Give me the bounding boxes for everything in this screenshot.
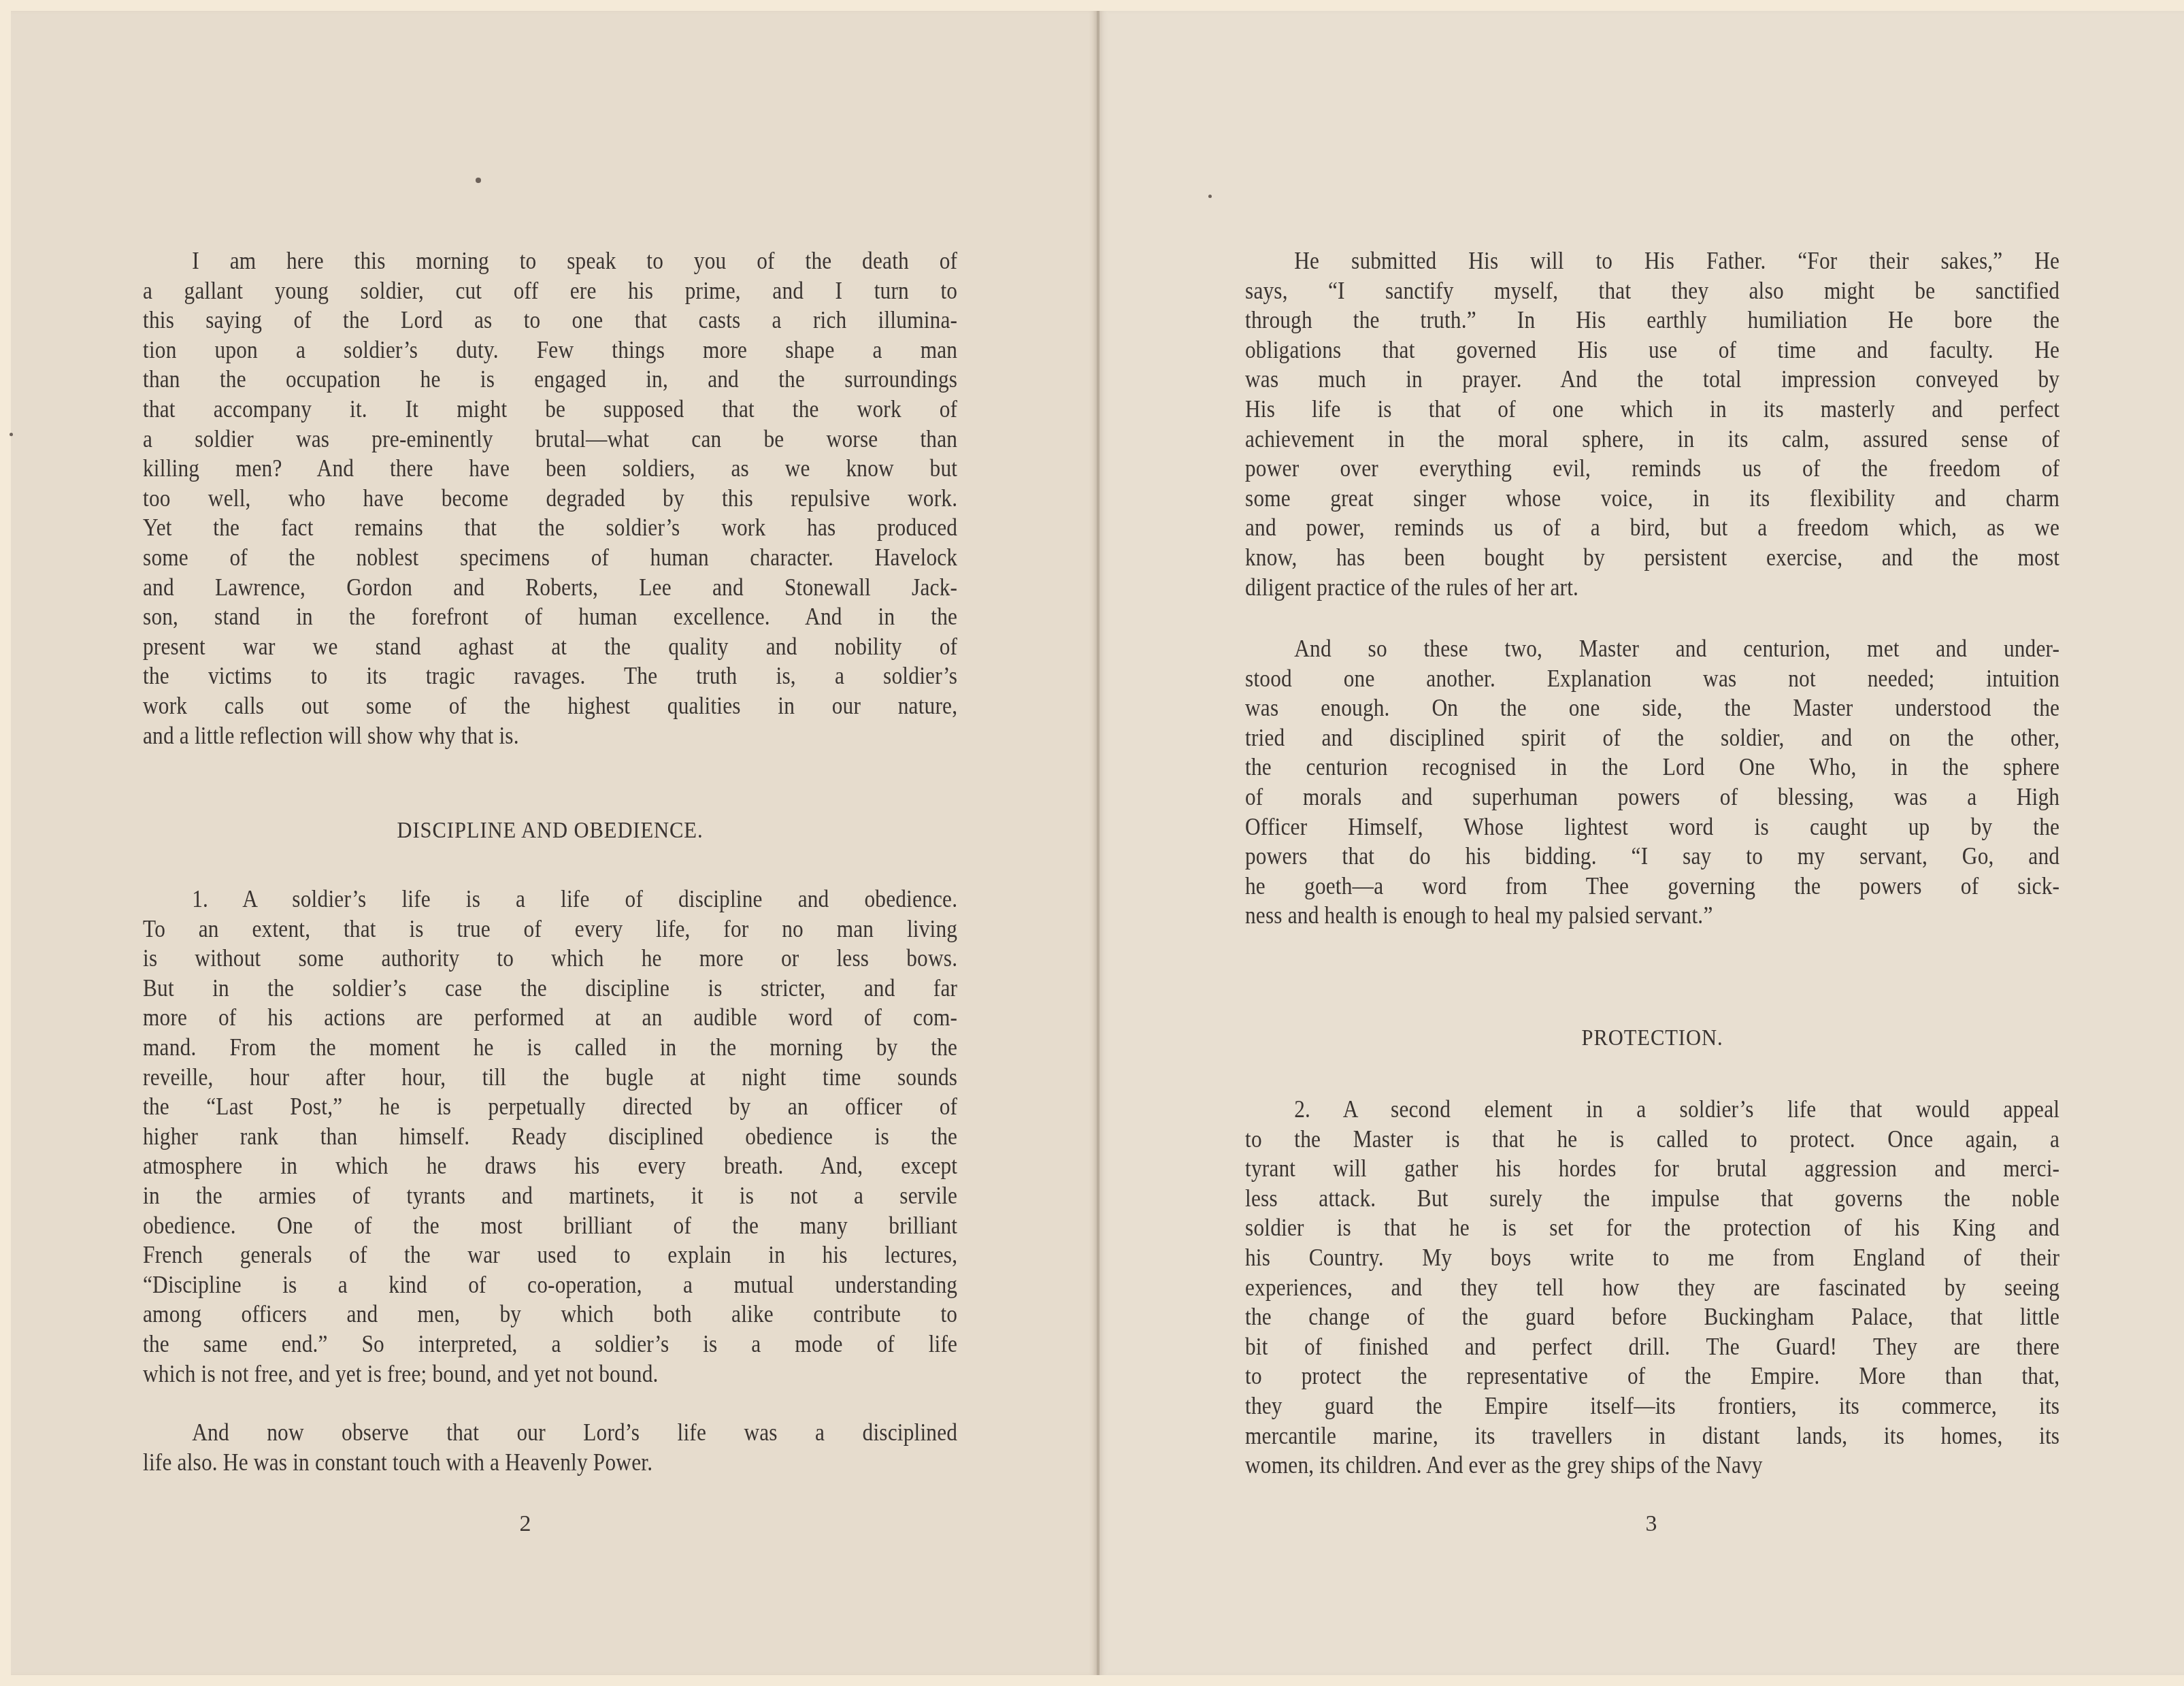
text-line: diligent practice of the rules of her ar… — [1245, 572, 2059, 602]
text-line: they guard the Empire itself—its frontie… — [1245, 1391, 2059, 1421]
text-line: son, stand in the forefront of human exc… — [143, 601, 957, 631]
section-heading-discipline: DISCIPLINE AND OBEDIENCE. — [184, 817, 916, 844]
text-line: And so these two, Master and centurion, … — [1245, 633, 2059, 663]
text-line: soldier is that he is set for the protec… — [1245, 1212, 2059, 1242]
text-line: the centurion recognised in the Lord One… — [1245, 752, 2059, 782]
text-line: of morals and superhuman powers of bless… — [1245, 782, 2059, 812]
right-page: He submitted His will to His Father. “Fo… — [1099, 11, 2184, 1675]
text-line: to protect the representative of the Emp… — [1245, 1361, 2059, 1391]
paper-speck — [10, 433, 13, 436]
text-line: the “Last Post,” he is perpetually direc… — [143, 1091, 957, 1121]
text-line: among officers and men, by which both al… — [143, 1299, 957, 1329]
right-protection-paragraph: 2. A second element in a soldier’s life … — [1245, 1094, 2059, 1480]
text-line: and Lawrence, Gordon and Roberts, Lee an… — [143, 572, 957, 602]
text-line: achievement in the moral sphere, in its … — [1245, 424, 2059, 454]
text-line: Yet the fact remains that the soldier’s … — [143, 512, 957, 542]
text-line: says, “I sanctify myself, that they also… — [1245, 276, 2059, 305]
text-line: that accompany it. It might be supposed … — [143, 394, 957, 424]
text-line: reveille, hour after hour, till the bugl… — [143, 1062, 957, 1092]
page-number-right: 3 — [1631, 1510, 1672, 1538]
text-line: present war we stand aghast at the quali… — [143, 631, 957, 661]
text-line: is without some authority to which he mo… — [143, 943, 957, 973]
text-line: tyrant will gather his hordes for brutal… — [1245, 1153, 2059, 1183]
text-line: stood one another. Explanation was not n… — [1245, 663, 2059, 693]
text-line: obedience. One of the most brilliant of … — [143, 1210, 957, 1240]
text-line: less attack. But surely the impulse that… — [1245, 1183, 2059, 1213]
text-line: atmosphere in which he draws his every b… — [143, 1151, 957, 1180]
text-line: his Country. My boys write to me from En… — [1245, 1242, 2059, 1272]
text-line: some of the noblest specimens of human c… — [143, 542, 957, 572]
text-line: life also. He was in constant touch with… — [143, 1447, 957, 1477]
text-line: I am here this morning to speak to you o… — [143, 246, 957, 276]
text-line: too well, who have become degraded by th… — [143, 483, 957, 513]
text-line: in the armies of tyrants and martinets, … — [143, 1180, 957, 1210]
text-line: mand. From the moment he is called in th… — [143, 1032, 957, 1062]
text-line: 2. A second element in a soldier’s life … — [1245, 1094, 2059, 1124]
paper-speck — [1208, 195, 1212, 198]
right-submission-paragraph: He submitted His will to His Father. “Fo… — [1245, 246, 2059, 601]
text-line: bit of finished and perfect drill. The G… — [1245, 1332, 2059, 1361]
text-line: he goeth—a word from Thee governing the … — [1245, 871, 2059, 901]
text-line: and power, reminds us of a bird, but a f… — [1245, 512, 2059, 542]
text-line: a soldier was pre-eminently brutal—what … — [143, 424, 957, 454]
text-line: to the Master is that he is called to pr… — [1245, 1124, 2059, 1154]
text-line: powers that do his bidding. “I say to my… — [1245, 841, 2059, 871]
text-line: experiences, and they tell how they are … — [1245, 1272, 2059, 1302]
text-line: know, has been bought by persistent exer… — [1245, 542, 2059, 572]
text-line: obligations that governed His use of tim… — [1245, 335, 2059, 365]
left-discipline-paragraph: 1. A soldier’s life is a life of discipl… — [143, 884, 957, 1388]
text-line: through the truth.” In His earthly humil… — [1245, 305, 2059, 335]
text-line: higher rank than himself. Ready discipli… — [143, 1121, 957, 1151]
text-line: work calls out some of the highest quali… — [143, 691, 957, 721]
text-line: He submitted His will to His Father. “Fo… — [1245, 246, 2059, 276]
text-line: was much in prayer. And the total impres… — [1245, 364, 2059, 394]
text-line: and a little reflection will show why th… — [143, 721, 957, 750]
text-line: But in the soldier’s case the discipline… — [143, 973, 957, 1003]
text-line: some great singer whose voice, in its fl… — [1245, 483, 2059, 513]
page-number-left: 2 — [505, 1510, 546, 1538]
text-line: To an extent, that is true of every life… — [143, 914, 957, 944]
text-line: killing men? And there have been soldier… — [143, 453, 957, 483]
text-line: tried and disciplined spirit of the sold… — [1245, 723, 2059, 753]
left-intro-paragraph: I am here this morning to speak to you o… — [143, 246, 957, 750]
left-lords-life-paragraph: And now observe that our Lord’s life was… — [143, 1417, 957, 1476]
text-line: a gallant young soldier, cut off ere his… — [143, 276, 957, 305]
text-line: French generals of the war used to expla… — [143, 1240, 957, 1270]
text-line: more of his actions are performed at an … — [143, 1002, 957, 1032]
text-line: the same end.” So interpreted, a soldier… — [143, 1329, 957, 1359]
text-line: the change of the guard before Buckingha… — [1245, 1302, 2059, 1332]
text-line: was enough. On the one side, the Master … — [1245, 693, 2059, 723]
text-line: this saying of the Lord as to one that c… — [143, 305, 957, 335]
text-line: “Discipline is a kind of co-operation, a… — [143, 1270, 957, 1300]
text-line: than the occupation he is engaged in, an… — [143, 364, 957, 394]
text-line: power over everything evil, reminds us o… — [1245, 453, 2059, 483]
text-line: which is not free, and yet is free; boun… — [143, 1359, 957, 1389]
left-page: I am here this morning to speak to you o… — [11, 11, 1097, 1675]
text-line: And now observe that our Lord’s life was… — [143, 1417, 957, 1447]
text-line: the victims to its tragic ravages. The t… — [143, 661, 957, 691]
book-spread: I am here this morning to speak to you o… — [11, 11, 2184, 1675]
text-line: women, its children. And ever as the gre… — [1245, 1450, 2059, 1480]
right-centurion-paragraph: And so these two, Master and centurion, … — [1245, 633, 2059, 930]
text-line: ness and health is enough to heal my pal… — [1245, 900, 2059, 930]
paper-speck — [476, 178, 481, 183]
text-line: 1. A soldier’s life is a life of discipl… — [143, 884, 957, 914]
text-line: His life is that of one which in its mas… — [1245, 394, 2059, 424]
text-line: Officer Himself, Whose lightest word is … — [1245, 812, 2059, 842]
text-line: tion upon a soldier’s duty. Few things m… — [143, 335, 957, 365]
section-heading-protection: PROTECTION. — [1286, 1025, 2019, 1052]
text-line: mercantile marine, its travellers in dis… — [1245, 1421, 2059, 1451]
